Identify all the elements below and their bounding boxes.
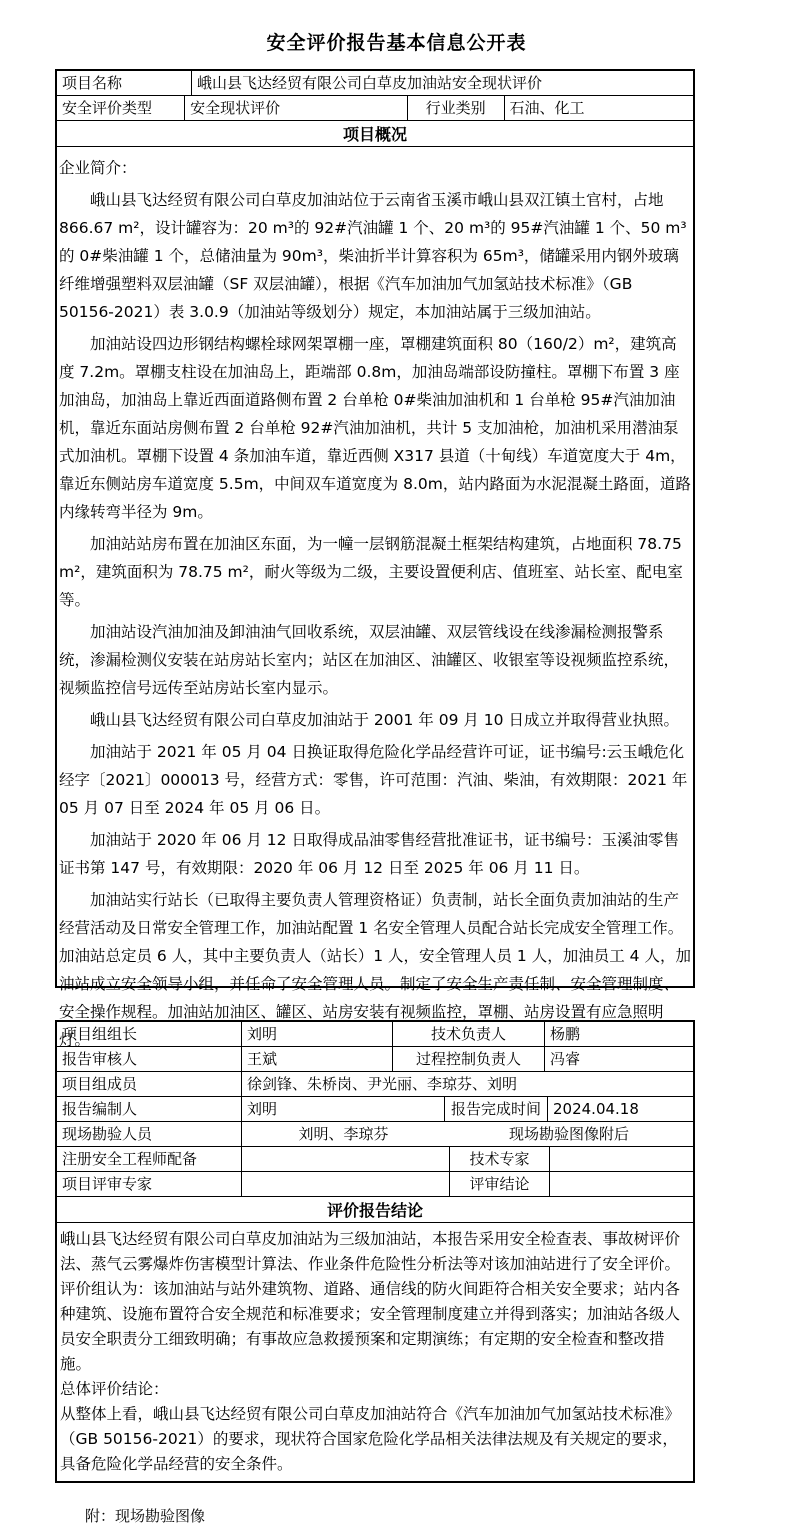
table-row: 报告编制人 刘明 报告完成时间 2024.04.18	[57, 1097, 693, 1122]
report-author-label: 报告编制人	[57, 1097, 242, 1121]
process-control-label: 过程控制负责人	[393, 1047, 545, 1071]
overview-paragraph: 加油站于 2021 年 05 月 04 日换证取得危险化学品经营许可证，证书编号…	[59, 738, 691, 822]
conclusion-subheader: 总体评价结论：	[60, 1377, 690, 1402]
table-row: 项目组成员 徐剑锋、朱桥岗、尹光丽、李琼芬、刘明	[57, 1072, 693, 1097]
table-row: 安全评价类型 安全现状评价 行业类别 石油、化工	[57, 96, 693, 121]
site-survey-note: 现场勘验图像附后	[445, 1124, 693, 1144]
report-reviewer-label: 报告审核人	[57, 1047, 242, 1071]
team-members-label: 项目组成员	[57, 1072, 242, 1096]
tech-expert-label: 技术专家	[450, 1147, 550, 1171]
project-name-label: 项目名称	[57, 71, 192, 95]
project-name-value: 峨山县飞达经贸有限公司白草皮加油站安全现状评价	[192, 71, 693, 95]
industry-label: 行业类别	[408, 96, 505, 120]
review-expert-label: 项目评审专家	[57, 1172, 242, 1196]
document-page: 安全评价报告基本信息公开表 项目名称 峨山县飞达经贸有限公司白草皮加油站安全现状…	[0, 0, 793, 1491]
team-leader-value: 刘明	[242, 1022, 393, 1046]
safety-engineer-label: 注册安全工程师配备	[57, 1147, 242, 1171]
review-conclusion-value	[550, 1172, 693, 1196]
tech-lead-value: 杨鹏	[545, 1022, 693, 1046]
safety-engineer-value	[242, 1147, 450, 1171]
eval-type-value: 安全现状评价	[185, 96, 408, 120]
site-survey-cell: 刘明、李琼芬 现场勘验图像附后	[242, 1122, 693, 1146]
finish-date-label: 报告完成时间	[445, 1097, 548, 1121]
table-row: 项目组组长 刘明 技术负责人 杨鹏	[57, 1022, 693, 1047]
table-row: 项目评审专家 评审结论	[57, 1172, 693, 1197]
overview-content-cell: 企业简介： 峨山县飞达经贸有限公司白草皮加油站位于云南省玉溪市峨山县双江镇土官村…	[57, 147, 693, 986]
tech-expert-value	[550, 1147, 693, 1171]
conclusion-paragraph: 从整体上看，峨山县飞达经贸有限公司白草皮加油站符合《汽车加油加气加氢站技术标准》…	[60, 1402, 690, 1477]
review-conclusion-label: 评审结论	[450, 1172, 550, 1196]
table-row: 报告审核人 王斌 过程控制负责人 冯睿	[57, 1047, 693, 1072]
page-title: 安全评价报告基本信息公开表	[0, 28, 793, 55]
table-row: 注册安全工程师配备 技术专家	[57, 1147, 693, 1172]
table-row: 现场勘验人员 刘明、李琼芬 现场勘验图像附后	[57, 1122, 693, 1147]
project-team-table: 项目组组长 刘明 技术负责人 杨鹏 报告审核人 王斌 过程控制负责人 冯睿 项目…	[55, 1020, 695, 1483]
tech-lead-label: 技术负责人	[393, 1022, 545, 1046]
overview-paragraph: 加油站设汽油加油及卸油油气回收系统，双层油罐、双层管线设在线渗漏检测报警系统，渗…	[59, 618, 691, 702]
basic-info-table: 项目名称 峨山县飞达经贸有限公司白草皮加油站安全现状评价 安全评价类型 安全现状…	[55, 69, 695, 988]
process-control-value: 冯睿	[545, 1047, 693, 1071]
conclusion-content-cell: 峨山县飞达经贸有限公司白草皮加油站为三级加油站，本报告采用安全检查表、事故树评价…	[57, 1223, 693, 1481]
site-survey-people: 刘明、李琼芬	[242, 1124, 445, 1144]
attachment-note: 附：现场勘验图像	[85, 1505, 793, 1526]
industry-value: 石油、化工	[505, 96, 693, 120]
eval-type-label: 安全评价类型	[57, 96, 185, 120]
overview-paragraph: 加油站于 2020 年 06 月 12 日取得成品油零售经营批准证书，证书编号：…	[59, 826, 691, 882]
finish-date-value: 2024.04.18	[548, 1097, 693, 1121]
team-leader-label: 项目组组长	[57, 1022, 242, 1046]
overview-paragraph: 峨山县飞达经贸有限公司白草皮加油站于 2001 年 09 月 10 日成立并取得…	[59, 706, 691, 734]
conclusion-paragraph: 峨山县飞达经贸有限公司白草皮加油站为三级加油站，本报告采用安全检查表、事故树评价…	[60, 1227, 690, 1377]
overview-paragraph: 加油站站房布置在加油区东面，为一幢一层钢筋混凝土框架结构建筑，占地面积 78.7…	[59, 530, 691, 614]
review-expert-value	[242, 1172, 450, 1196]
table-row: 峨山县飞达经贸有限公司白草皮加油站为三级加油站，本报告采用安全检查表、事故树评价…	[57, 1223, 693, 1481]
overview-paragraph: 峨山县飞达经贸有限公司白草皮加油站位于云南省玉溪市峨山县双江镇土官村，占地 86…	[59, 186, 691, 326]
conclusion-section-header: 评价报告结论	[57, 1197, 693, 1223]
report-reviewer-value: 王斌	[242, 1047, 393, 1071]
site-survey-label: 现场勘验人员	[57, 1122, 242, 1146]
overview-section-header: 项目概况	[57, 121, 693, 147]
overview-paragraph: 加油站设四边形钢结构螺栓球网架罩棚一座，罩棚建筑面积 80（160/2）m²，建…	[59, 330, 691, 526]
report-author-value: 刘明	[242, 1097, 445, 1121]
company-intro-label: 企业简介：	[59, 154, 691, 182]
table-row: 项目名称 峨山县飞达经贸有限公司白草皮加油站安全现状评价	[57, 71, 693, 96]
table-row: 企业简介： 峨山县飞达经贸有限公司白草皮加油站位于云南省玉溪市峨山县双江镇土官村…	[57, 147, 693, 986]
team-members-value: 徐剑锋、朱桥岗、尹光丽、李琼芬、刘明	[242, 1072, 693, 1096]
